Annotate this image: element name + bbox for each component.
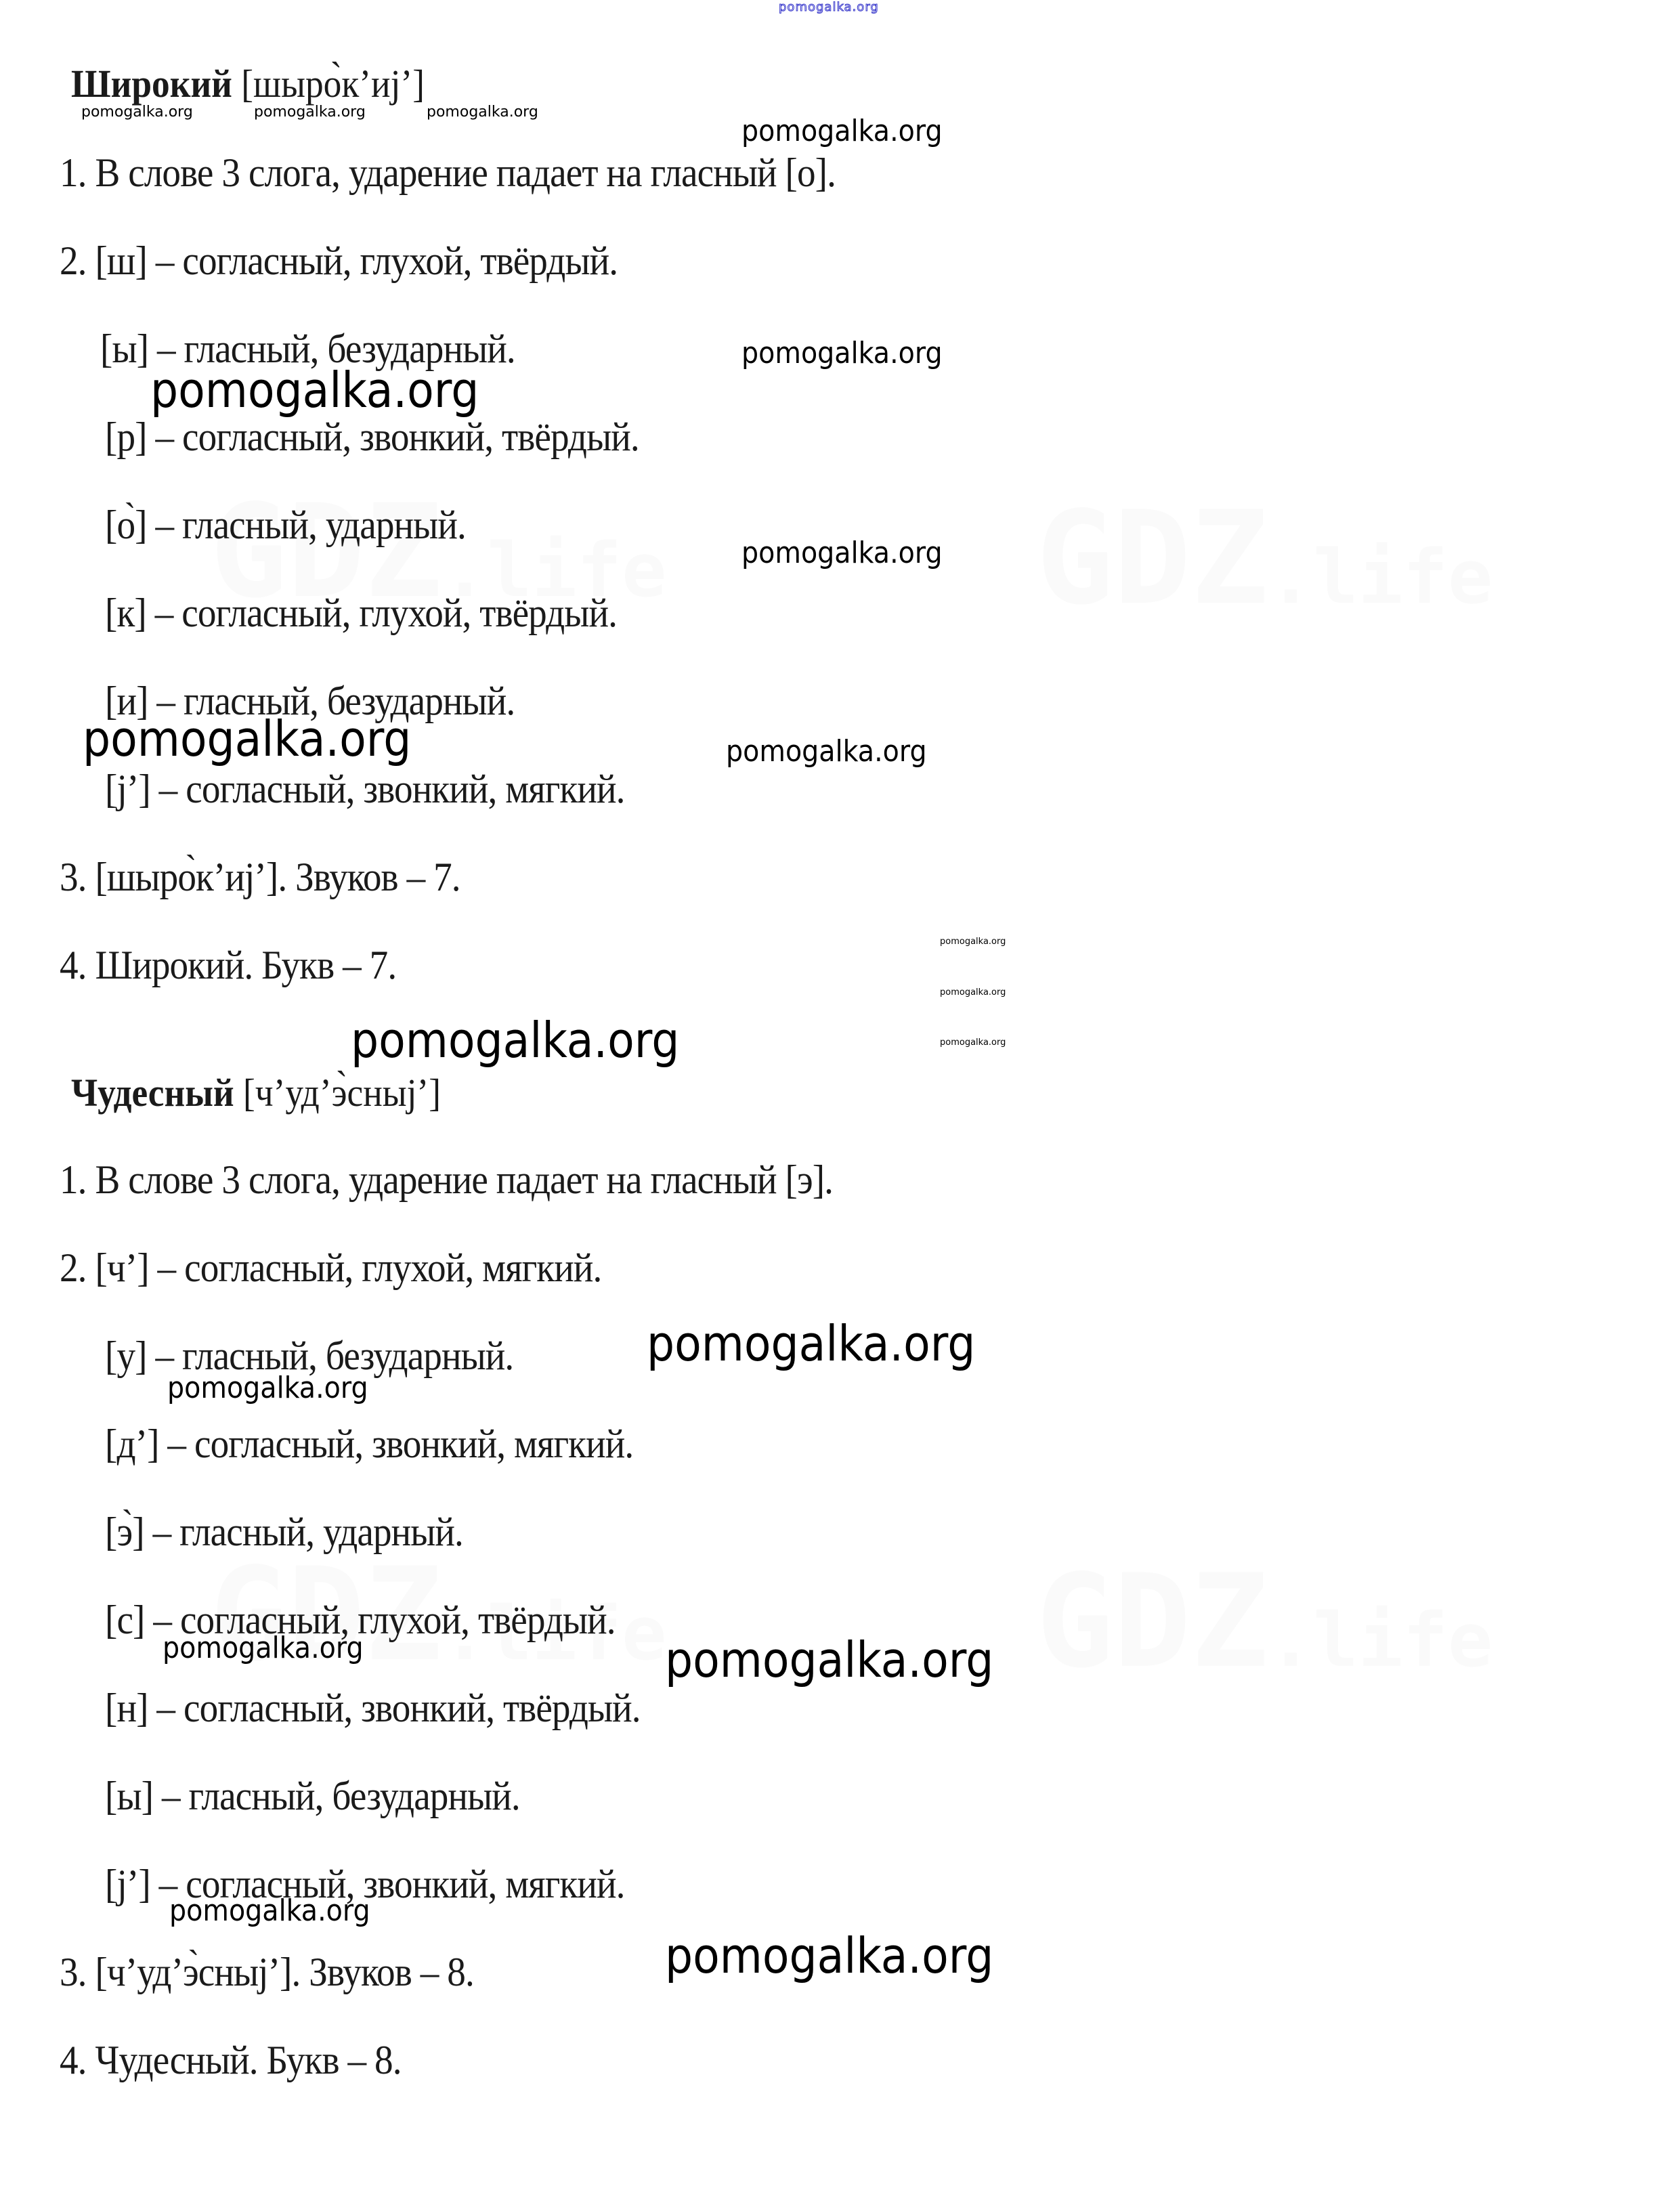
analysis-line: [у] – гласный, безударный.: [105, 1335, 513, 1376]
watermark: pomogalka.org: [665, 1931, 993, 1980]
watermark: pomogalka.org: [741, 538, 943, 568]
analysis-line: 4. Чудесный. Букв – 8.: [60, 2040, 402, 2080]
analysis-line: [к] – согласный, глухой, твёрдый.: [105, 593, 617, 633]
watermark: pomogalka.org: [726, 737, 927, 767]
word-title: Чудесный: [71, 1071, 234, 1115]
watermark: pomogalka.org: [81, 105, 193, 120]
ghost-watermark: GDZ.life: [1036, 1558, 1492, 1686]
analysis-line: [э̀] – гласный, ударный.: [105, 1512, 463, 1552]
word-transcription: [ч’уд’э̀сныj’]: [243, 1071, 441, 1115]
analysis-line: 3. [шыро̀к’иj’]. Звуков – 7.: [60, 857, 460, 897]
watermark: pomogalka.org: [351, 1016, 679, 1065]
watermark: pomogalka.org: [940, 988, 1006, 997]
analysis-line: 2. [ч’] – согласный, глухой, мягкий.: [60, 1247, 601, 1288]
analysis-line: 3. [ч’уд’э̀сныj’]. Звуков – 8.: [60, 1952, 474, 1992]
watermark: pomogalka.org: [647, 1319, 975, 1368]
analysis-line: [д’] – согласный, звонкий, мягкий.: [105, 1423, 633, 1464]
analysis-line: [р] – согласный, звонкий, твёрдый.: [105, 416, 639, 457]
analysis-line: 1. В слове 3 слога, ударение падает на г…: [60, 1159, 833, 1200]
analysis-line: 4. Широкий. Букв – 7.: [60, 945, 396, 985]
watermark: pomogalka.org: [167, 1373, 368, 1403]
watermark: pomogalka.org: [150, 366, 479, 414]
analysis-line: [ы] – гласный, безударный.: [105, 1776, 520, 1816]
watermark: pomogalka.org: [741, 339, 943, 368]
document-page: GDZ.life GDZ.life GDZ.life GDZ.life pomo…: [0, 0, 1680, 2186]
watermark: pomogalka.org: [940, 1038, 1006, 1047]
ghost-watermark-suffix: .life: [1268, 534, 1492, 620]
watermark: pomogalka.org: [83, 714, 411, 763]
word-title: Широкий: [71, 62, 232, 106]
watermark: pomogalka.org: [665, 1635, 993, 1684]
analysis-line: 1. В слове 3 слога, ударение падает на г…: [60, 152, 836, 193]
watermark: pomogalka.org: [254, 105, 366, 120]
word-heading: Широкий [шыро̀к’иj’]: [71, 64, 425, 104]
analysis-line: 2. [ш] – согласный, глухой, твёрдый.: [60, 240, 618, 281]
watermark: pomogalka.org: [741, 116, 943, 146]
analysis-line: [н] – согласный, звонкий, твёрдый.: [105, 1688, 641, 1728]
word-heading: Чудесный [ч’уд’э̀сныj’]: [71, 1073, 441, 1113]
watermark: pomogalka.org: [169, 1896, 370, 1926]
ghost-watermark-suffix: .life: [1268, 1597, 1492, 1684]
watermark: pomogalka.org: [940, 937, 1006, 946]
watermark: pomogalka.org: [427, 105, 538, 120]
watermark: pomogalka.org: [163, 1633, 364, 1663]
top-watermark: pomogalka.org: [779, 1, 879, 14]
ghost-watermark-main: GDZ: [1036, 484, 1268, 633]
ghost-watermark: GDZ.life: [1036, 494, 1492, 623]
word-transcription: [шыро̀к’иj’]: [241, 62, 425, 106]
ghost-watermark-main: GDZ: [1036, 1547, 1268, 1696]
analysis-line: [о̀] – гласный, ударный.: [105, 505, 466, 545]
analysis-line: [j’] – согласный, звонкий, мягкий.: [105, 769, 624, 809]
